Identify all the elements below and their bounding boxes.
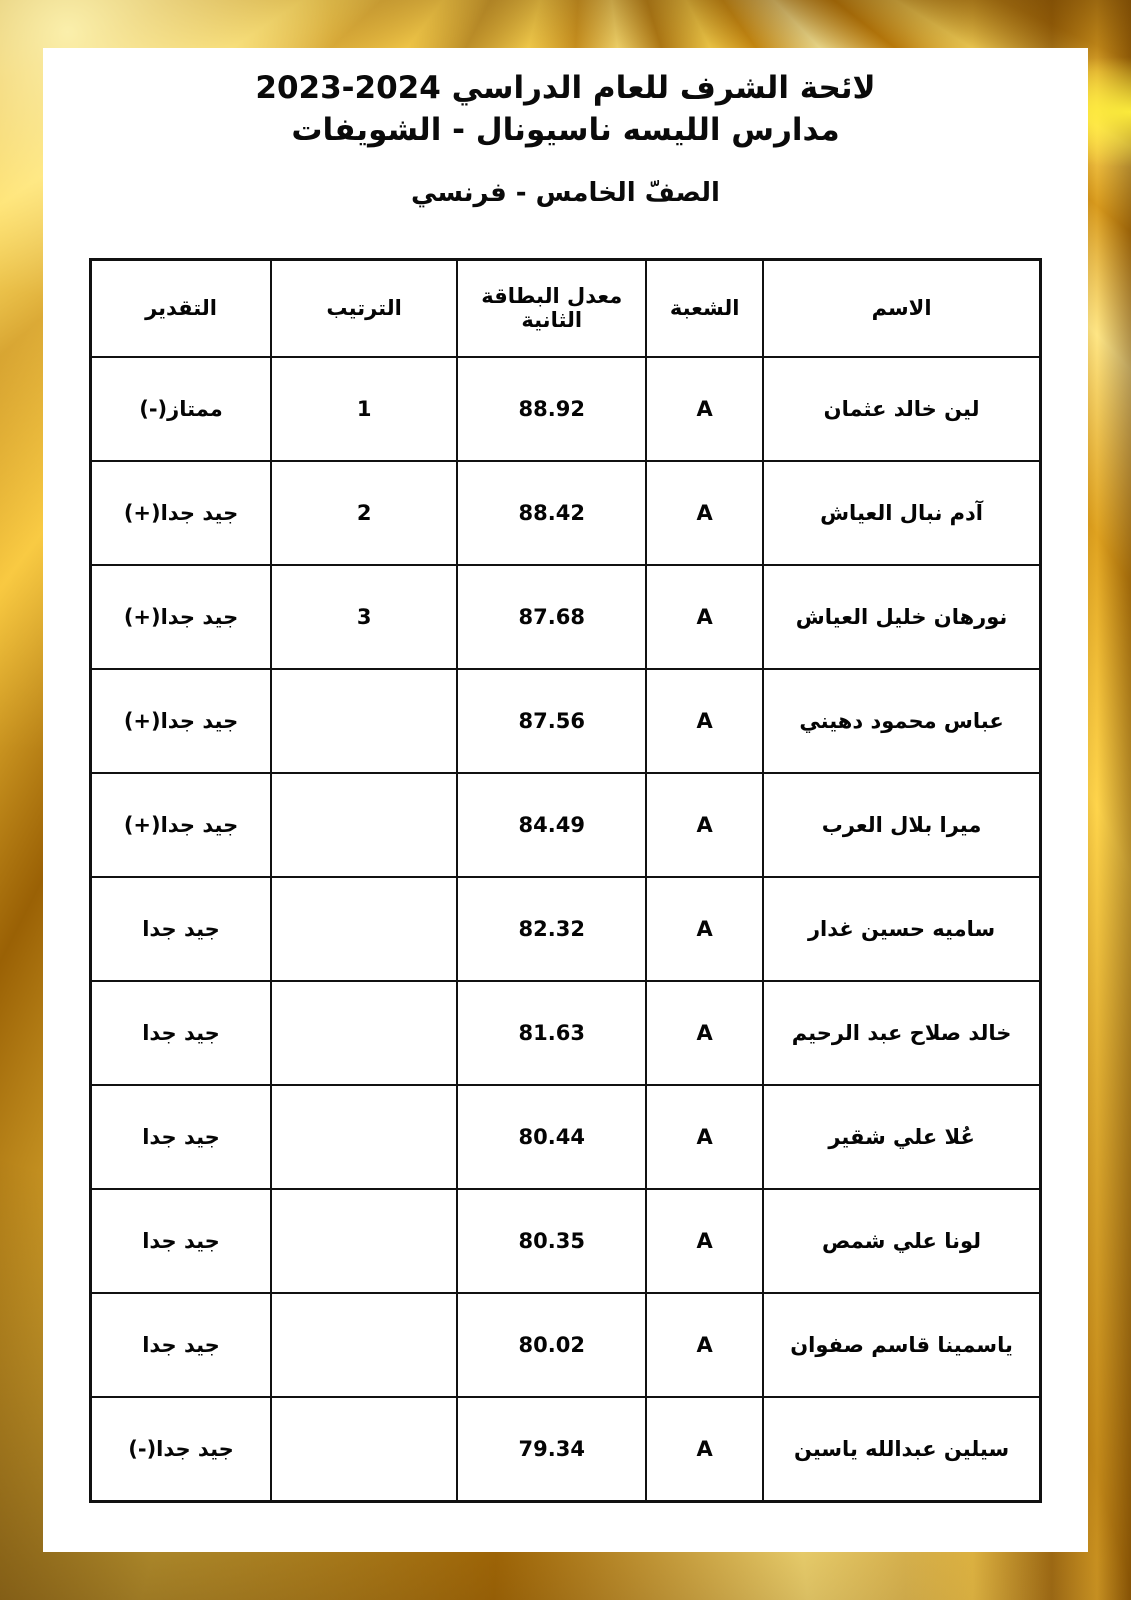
cell-section: A — [646, 669, 763, 773]
cell-section: A — [646, 981, 763, 1085]
cell-name: عباس محمود دهيني — [763, 669, 1040, 773]
cell-rank — [271, 1189, 457, 1293]
cell-grade: جيد جدا(+) — [91, 565, 272, 669]
cell-section: A — [646, 357, 763, 461]
table-row: لونا علي شمصA80.35جيد جدا — [91, 1189, 1041, 1293]
cell-rank — [271, 1397, 457, 1501]
cell-rank — [271, 1085, 457, 1189]
cell-grade: جيد جدا — [91, 1189, 272, 1293]
cell-rank: 3 — [271, 565, 457, 669]
cell-grade: جيد جدا(-) — [91, 1397, 272, 1501]
cell-grade: جيد جدا — [91, 1293, 272, 1397]
cell-name: لين خالد عثمان — [763, 357, 1040, 461]
cell-name: خالد صلاح عبد الرحيم — [763, 981, 1040, 1085]
cell-name: ياسمينا قاسم صفوان — [763, 1293, 1040, 1397]
cell-average: 79.34 — [457, 1397, 646, 1501]
table-row: خالد صلاح عبد الرحيمA81.63جيد جدا — [91, 981, 1041, 1085]
table-row: ياسمينا قاسم صفوانA80.02جيد جدا — [91, 1293, 1041, 1397]
cell-name: نورهان خليل العياش — [763, 565, 1040, 669]
cell-section: A — [646, 565, 763, 669]
honor-roll-page: لائحة الشرف للعام الدراسي 2024-2023 مدار… — [43, 48, 1088, 1552]
title-line-1: لائحة الشرف للعام الدراسي 2024-2023 — [43, 68, 1088, 110]
column-header-name: الاسم — [763, 259, 1040, 357]
cell-average: 82.32 — [457, 877, 646, 981]
cell-grade: جيد جدا — [91, 1085, 272, 1189]
cell-rank: 2 — [271, 461, 457, 565]
honor-roll-table: الاسمالشعبةمعدل البطاقة الثانيةالترتيبال… — [89, 258, 1042, 1503]
table-row: لين خالد عثمانA88.921ممتاز(-) — [91, 357, 1041, 461]
title-line-2: مدارس الليسه ناسيونال - الشويفات — [43, 110, 1088, 152]
column-header-average: معدل البطاقة الثانية — [457, 259, 646, 357]
cell-name: آدم نبال العياش — [763, 461, 1040, 565]
cell-rank — [271, 877, 457, 981]
cell-average: 88.92 — [457, 357, 646, 461]
column-header-grade: التقدير — [91, 259, 272, 357]
cell-grade: ممتاز(-) — [91, 357, 272, 461]
cell-name: لونا علي شمص — [763, 1189, 1040, 1293]
cell-average: 87.56 — [457, 669, 646, 773]
cell-name: ميرا بلال العرب — [763, 773, 1040, 877]
cell-rank — [271, 773, 457, 877]
cell-grade: جيد جدا — [91, 877, 272, 981]
table-row: عُلا علي شقيرA80.44جيد جدا — [91, 1085, 1041, 1189]
cell-section: A — [646, 1085, 763, 1189]
page-header: لائحة الشرف للعام الدراسي 2024-2023 مدار… — [43, 48, 1088, 208]
table-row: ميرا بلال العربA84.49جيد جدا(+) — [91, 773, 1041, 877]
cell-average: 88.42 — [457, 461, 646, 565]
cell-section: A — [646, 877, 763, 981]
cell-rank: 1 — [271, 357, 457, 461]
table-header-row: الاسمالشعبةمعدل البطاقة الثانيةالترتيبال… — [91, 259, 1041, 357]
cell-rank — [271, 669, 457, 773]
cell-section: A — [646, 1189, 763, 1293]
cell-name: سيلين عبدالله ياسين — [763, 1397, 1040, 1501]
cell-rank — [271, 981, 457, 1085]
table-row: آدم نبال العياشA88.422جيد جدا(+) — [91, 461, 1041, 565]
table-row: سيلين عبدالله ياسينA79.34جيد جدا(-) — [91, 1397, 1041, 1501]
cell-grade: جيد جدا — [91, 981, 272, 1085]
cell-average: 87.68 — [457, 565, 646, 669]
cell-name: عُلا علي شقير — [763, 1085, 1040, 1189]
cell-rank — [271, 1293, 457, 1397]
cell-section: A — [646, 1397, 763, 1501]
class-subtitle: الصفّ الخامس - فرنسي — [43, 178, 1088, 208]
cell-average: 84.49 — [457, 773, 646, 877]
column-header-section: الشعبة — [646, 259, 763, 357]
cell-name: ساميه حسين غدار — [763, 877, 1040, 981]
table-body: لين خالد عثمانA88.921ممتاز(-)آدم نبال ال… — [91, 357, 1041, 1501]
cell-average: 80.44 — [457, 1085, 646, 1189]
cell-grade: جيد جدا(+) — [91, 773, 272, 877]
cell-average: 81.63 — [457, 981, 646, 1085]
cell-section: A — [646, 1293, 763, 1397]
table-row: نورهان خليل العياشA87.683جيد جدا(+) — [91, 565, 1041, 669]
page-title: لائحة الشرف للعام الدراسي 2024-2023 مدار… — [43, 68, 1088, 152]
cell-average: 80.02 — [457, 1293, 646, 1397]
table-row: عباس محمود دهينيA87.56جيد جدا(+) — [91, 669, 1041, 773]
cell-average: 80.35 — [457, 1189, 646, 1293]
cell-grade: جيد جدا(+) — [91, 461, 272, 565]
cell-section: A — [646, 773, 763, 877]
column-header-rank: الترتيب — [271, 259, 457, 357]
cell-grade: جيد جدا(+) — [91, 669, 272, 773]
table-row: ساميه حسين غدارA82.32جيد جدا — [91, 877, 1041, 981]
cell-section: A — [646, 461, 763, 565]
